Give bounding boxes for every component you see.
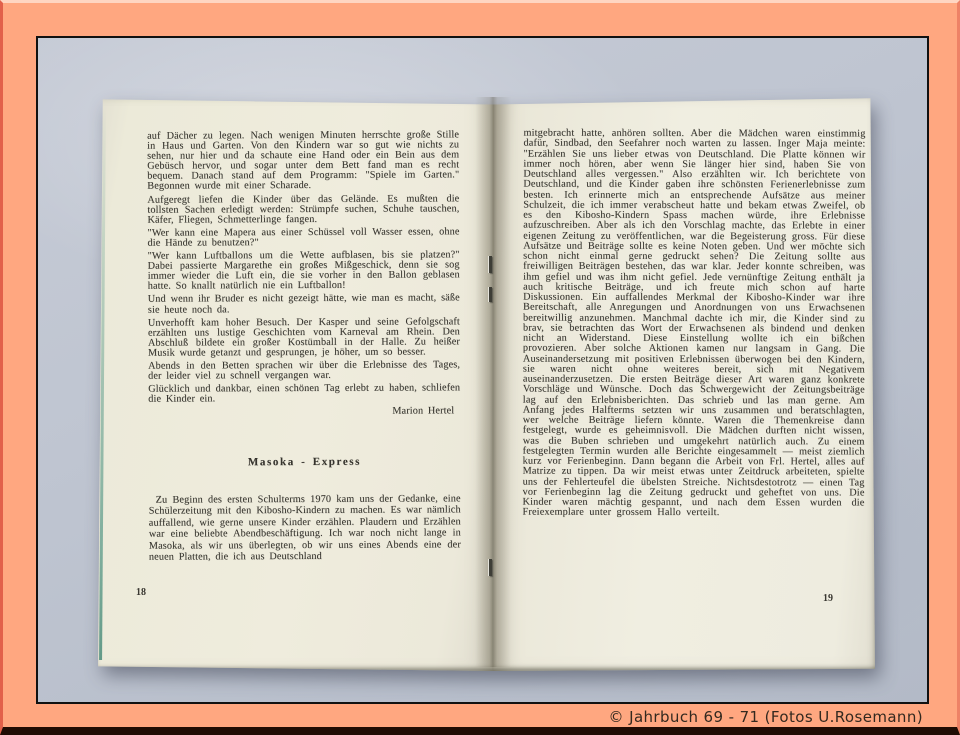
paragraph: "Wer kann eine Mapera aus einer Schüssel… [147, 227, 459, 249]
staple-icon [489, 256, 492, 273]
staple-icon [489, 559, 492, 576]
paragraph: Und wenn ihr Bruder es nicht gezeigt hät… [148, 294, 460, 316]
book-photograph: auf Dächer zu legen. Nach wenigen Minute… [36, 36, 929, 704]
page-number-left: 18 [136, 587, 146, 598]
page-number-right: 19 [823, 593, 833, 604]
booklet-spine [475, 97, 511, 667]
photo-frame: auf Dächer zu legen. Nach wenigen Minute… [0, 0, 960, 735]
page-right-text: mitgebracht hatte, anhören sollten. Aber… [522, 129, 865, 522]
paragraph: Glücklich und dankbar, einen schönen Tag… [148, 383, 460, 405]
page-right: mitgebracht hatte, anhören sollten. Aber… [493, 93, 875, 671]
staple-icon [489, 287, 492, 302]
page-left-text: auf Dächer zu legen. Nach wenigen Minute… [147, 130, 461, 566]
article-heading: Masoka - Express [148, 457, 460, 468]
paragraph: auf Dächer zu legen. Nach wenigen Minute… [147, 130, 459, 192]
paragraph: "Wer kann Luftballons um die Wette aufbl… [148, 250, 460, 292]
open-booklet: auf Dächer zu legen. Nach wenigen Minute… [98, 93, 875, 671]
author-signature: Marion Hertel [148, 407, 460, 418]
page-left: auf Dächer zu legen. Nach wenigen Minute… [98, 93, 493, 671]
paragraph: Abends in den Betten sprachen wir über d… [148, 360, 460, 382]
paragraph: Zu Beginn des ersten Schulterms 1970 kam… [149, 493, 461, 563]
paragraph: mitgebracht hatte, anhören sollten. Aber… [522, 129, 865, 519]
frame-caption: © Jahrbuch 69 - 71 (Fotos U.Rosemann) [609, 705, 923, 729]
paragraph: Unverhofft kam hoher Besuch. Der Kasper … [148, 317, 460, 359]
paragraph: Aufgeregt liefen die Kinder über das Gel… [147, 194, 459, 226]
